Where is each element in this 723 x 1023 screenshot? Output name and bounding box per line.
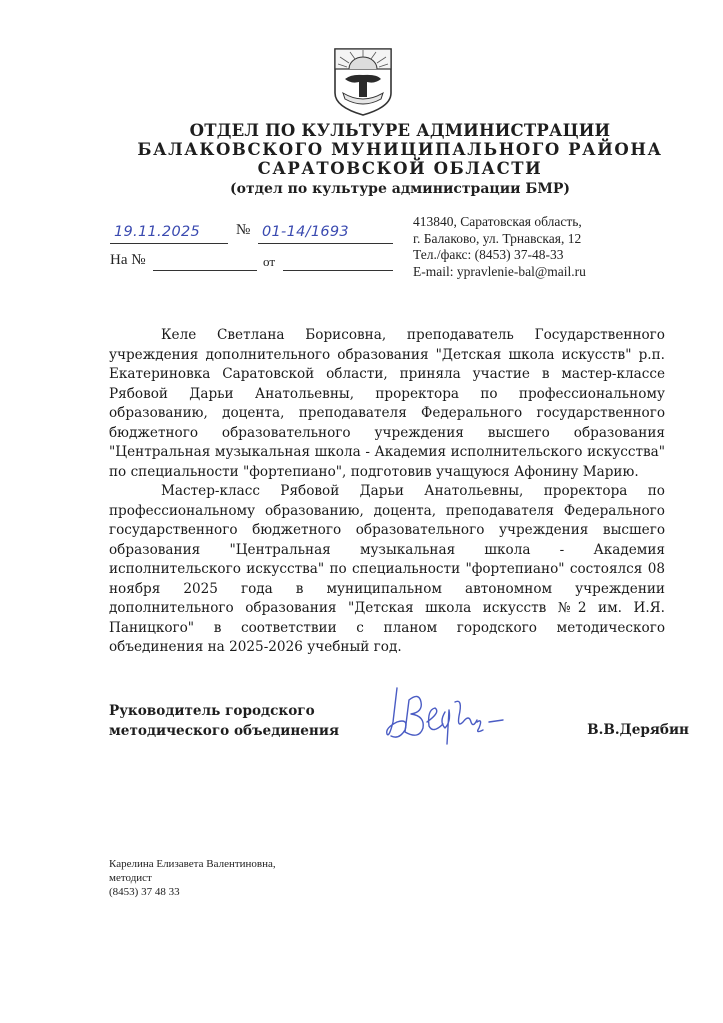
address-line: 413840, Саратовская область, bbox=[413, 214, 653, 231]
handwritten-date: 19.11.2025 bbox=[114, 224, 200, 240]
outgoing-number-row: 19.11.2025 № 01-14/1693 bbox=[110, 222, 400, 252]
number-label: № bbox=[236, 222, 250, 239]
executor-info: Карелина Елизавета Валентиновна, методис… bbox=[109, 857, 276, 899]
org-name-line: ОТДЕЛ ПО КУЛЬТУРЕ АДМИНИСТРАЦИИ bbox=[120, 121, 680, 140]
from-label: от bbox=[263, 254, 275, 270]
letter-body: Келе Светлана Борисовна, преподаватель Г… bbox=[109, 326, 665, 658]
signature-icon bbox=[379, 682, 509, 752]
signature-block: Руководитель городского методического об… bbox=[109, 702, 689, 762]
reply-to-underline bbox=[153, 270, 257, 271]
signatory-name: В.В.Дерябин bbox=[587, 722, 689, 738]
coat-of-arms-icon bbox=[331, 47, 395, 117]
signatory-title-line: Руководитель городского bbox=[109, 702, 339, 722]
organization-header: ОТДЕЛ ПО КУЛЬТУРЕ АДМИНИСТРАЦИИ БАЛАКОВС… bbox=[120, 121, 680, 199]
reply-to-row: На № от bbox=[110, 252, 400, 282]
org-name-line: САРАТОВСКОЙ ОБЛАСТИ bbox=[120, 159, 680, 178]
letter-page: ОТДЕЛ ПО КУЛЬТУРЕ АДМИНИСТРАЦИИ БАЛАКОВС… bbox=[0, 0, 723, 1023]
signatory-title-line: методического объединения bbox=[109, 722, 339, 742]
address-line: г. Балаково, ул. Трнавская, 12 bbox=[413, 231, 653, 248]
signatory-title: Руководитель городского методического об… bbox=[109, 702, 339, 741]
executor-name: Карелина Елизавета Валентиновна, bbox=[109, 857, 276, 871]
sender-address: 413840, Саратовская область, г. Балаково… bbox=[413, 214, 653, 280]
number-underline bbox=[258, 243, 393, 244]
body-paragraph: Мастер-класс Рябовой Дарьи Анатольевны, … bbox=[109, 482, 665, 658]
org-name-line: БАЛАКОВСКОГО МУНИЦИПАЛЬНОГО РАЙОНА bbox=[120, 140, 680, 159]
executor-phone: (8453) 37 48 33 bbox=[109, 885, 276, 899]
registration-block: 19.11.2025 № 01-14/1693 На № от bbox=[110, 222, 400, 282]
org-short-name: (отдел по культуре администрации БМР) bbox=[120, 179, 680, 199]
phone-line: Тел./факс: (8453) 37-48-33 bbox=[413, 247, 653, 264]
handwritten-number: 01-14/1693 bbox=[262, 224, 349, 240]
executor-position: методист bbox=[109, 871, 276, 885]
from-underline bbox=[283, 270, 393, 271]
email-line: E-mail: ypravlenie-bal@mail.ru bbox=[413, 264, 653, 281]
date-underline bbox=[110, 243, 228, 244]
body-paragraph: Келе Светлана Борисовна, преподаватель Г… bbox=[109, 326, 665, 482]
reply-to-label: На № bbox=[110, 252, 146, 269]
